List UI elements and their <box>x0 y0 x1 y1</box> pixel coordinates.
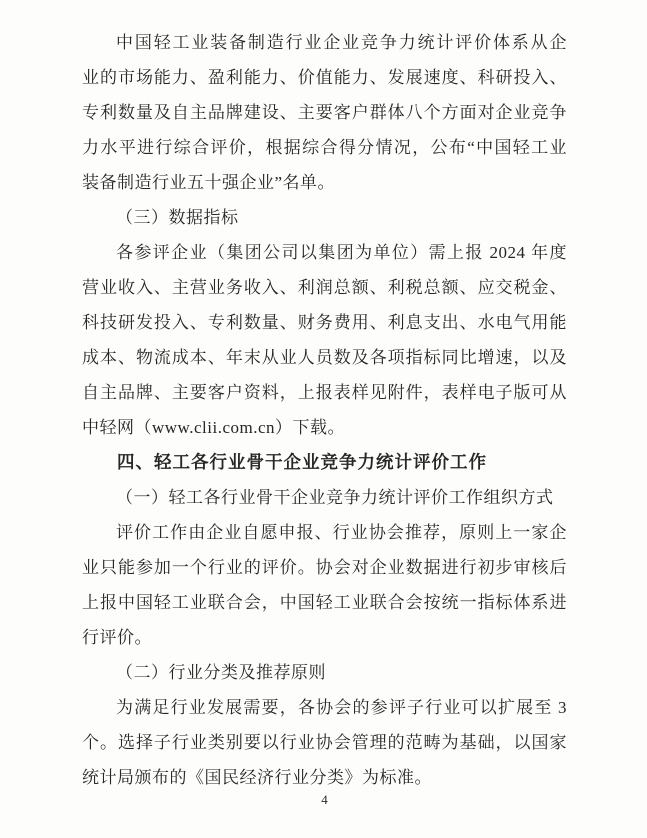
text-line: 评价工作由企业自愿申报、行业协会推荐，原则上一家企 <box>82 515 567 550</box>
page-number: 4 <box>82 792 567 808</box>
text-line: 装备制造行业五十强企业”名单。 <box>82 165 567 200</box>
text-line: 上报中国轻工业联合会，中国轻工业联合会按统一指标体系进 <box>82 585 567 620</box>
text-line: 行评价。 <box>82 620 567 655</box>
section-heading-line: 四、轻工各行业骨干企业竞争力统计评价工作 <box>82 445 567 480</box>
text-line: 力水平进行综合评价，根据综合得分情况，公布“中国轻工业 <box>82 130 567 165</box>
document-page: 中国轻工业装备制造行业企业竞争力统计评价体系从企业的市场能力、盈利能力、价值能力… <box>0 0 647 838</box>
text-line: 中轻网（www.clii.com.cn）下载。 <box>82 410 567 445</box>
text-line: 为满足行业发展需要，各协会的参评子行业可以扩展至 3 <box>82 690 567 725</box>
text-line: 自主品牌、主要客户资料，上报表样见附件，表样电子版可从 <box>82 375 567 410</box>
text-line: 专利数量及自主品牌建设、主要客户群体八个方面对企业竞争 <box>82 95 567 130</box>
text-line: 个。选择子行业类别要以行业协会管理的范畴为基础，以国家 <box>82 725 567 760</box>
text-line: （三）数据指标 <box>82 200 567 235</box>
text-line: 统计局颁布的《国民经济行业分类》为标准。 <box>82 760 567 795</box>
text-line: 成本、物流成本、年末从业人员数及各项指标同比增速，以及 <box>82 340 567 375</box>
document-text-block: 中国轻工业装备制造行业企业竞争力统计评价体系从企业的市场能力、盈利能力、价值能力… <box>82 25 567 795</box>
text-line: 营业收入、主营业务收入、利润总额、利税总额、应交税金、 <box>82 270 567 305</box>
text-line: 科技研发投入、专利数量、财务费用、利息支出、水电气用能 <box>82 305 567 340</box>
text-line: 业的市场能力、盈利能力、价值能力、发展速度、科研投入、 <box>82 60 567 95</box>
text-line: （一）轻工各行业骨干企业竞争力统计评价工作组织方式 <box>82 480 567 515</box>
text-line: （二）行业分类及推荐原则 <box>82 655 567 690</box>
text-line: 各参评企业（集团公司以集团为单位）需上报 2024 年度 <box>82 235 567 270</box>
text-line: 中国轻工业装备制造行业企业竞争力统计评价体系从企 <box>82 25 567 60</box>
text-line: 业只能参加一个行业的评价。协会对企业数据进行初步审核后 <box>82 550 567 585</box>
